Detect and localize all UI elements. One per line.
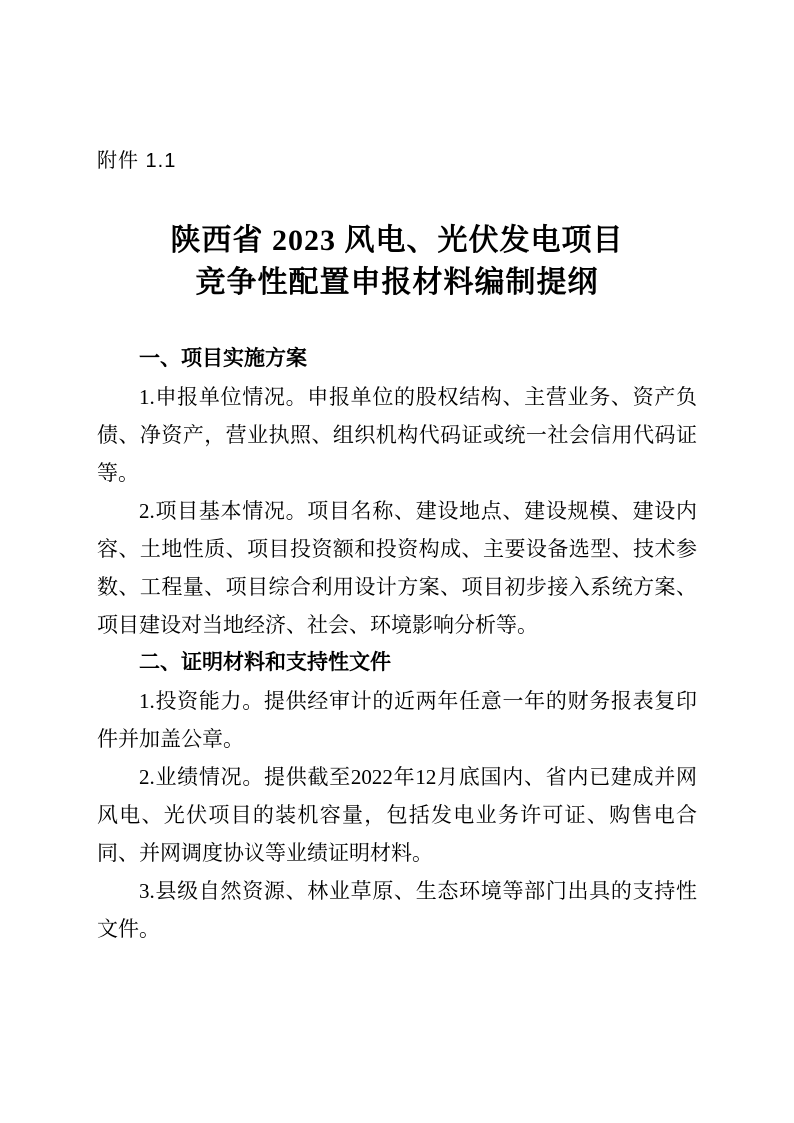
document-body: 一、项目实施方案 1.申报单位情况。申报单位的股权结构、主营业务、资产负债、净资… <box>97 340 697 948</box>
document-title: 陕西省 2023 风电、光伏发电项目 竞争性配置申报材料编制提纲 <box>97 220 697 304</box>
section-2-paragraph-1: 1.投资能力。提供经审计的近两年任意一年的财务报表复印件并加盖公章。 <box>97 682 697 758</box>
section-heading-1: 一、项目实施方案 <box>97 340 697 378</box>
section-2-paragraph-2: 2.业绩情况。提供截至2022年12月底国内、省内已建成并网风电、光伏项目的装机… <box>97 758 697 872</box>
document-page: 附件 1.1 陕西省 2023 风电、光伏发电项目 竞争性配置申报材料编制提纲 … <box>0 0 794 1123</box>
attachment-label: 附件 1.1 <box>97 148 697 174</box>
section-1-paragraph-2: 2.项目基本情况。项目名称、建设地点、建设规模、建设内容、土地性质、项目投资额和… <box>97 492 697 644</box>
document-title-line-2: 竞争性配置申报材料编制提纲 <box>196 266 599 299</box>
document-title-line-1: 陕西省 2023 风电、光伏发电项目 <box>171 224 624 257</box>
section-heading-2: 二、证明材料和支持性文件 <box>97 644 697 682</box>
section-1-paragraph-1: 1.申报单位情况。申报单位的股权结构、主营业务、资产负债、净资产，营业执照、组织… <box>97 378 697 492</box>
section-2-paragraph-3: 3.县级自然资源、林业草原、生态环境等部门出具的支持性文件。 <box>97 872 697 948</box>
